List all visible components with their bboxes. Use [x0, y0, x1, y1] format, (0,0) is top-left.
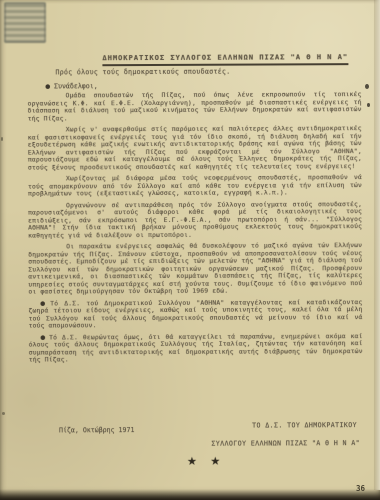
paragraph-7: ●Τό Δ.Σ. θεωρώντας όμως, ότι θά καταγγεί… [29, 333, 363, 364]
scanned-document-page: ΔΗΜΟΚΡΑΤΙΚΟΣ ΣΥΛΛΟΓΟΣ ΕΛΛΗΝΩΝ ΠΙΖΑΣ "Α Θ… [0, 0, 380, 500]
document-content: ΔΗΜΟΚΡΑΤΙΚΟΣ ΣΥΛΛΟΓΟΣ ΕΛΛΗΝΩΝ ΠΙΖΑΣ "Α Θ… [0, 0, 380, 500]
document-title: ΔΗΜΟΚΡΑΤΙΚΟΣ ΣΥΛΛΟΓΟΣ ΕΛΛΗΝΩΝ ΠΙΖΑΣ "Α Θ… [102, 52, 348, 66]
paragraph-7-text: Τό Δ.Σ. θεωρώντας όμως, ότι θά καταγγείλ… [29, 332, 363, 364]
paragraph-4: Οργανώνουν σέ αντιπαράθεση πρός τόν Σύλλ… [28, 201, 362, 240]
date-place-line: Πίζα, Οκτώβρης 1971 [59, 426, 134, 434]
stars-divider: ★ ★ [161, 455, 251, 468]
paragraph-3: Χωρίζοντας μέ διάφορα μέσα τούς νεοφερμέ… [28, 174, 362, 198]
scan-speck [367, 103, 370, 107]
bullet-dot-icon: ● [45, 81, 50, 90]
scan-speck [1, 137, 3, 141]
scan-bottom-edge [0, 489, 380, 500]
salutation-line: ●Συνάδελφοι, [45, 82, 97, 90]
signature-line-1: ΤΟ Δ.Σ. ΤΟΥ ΔΗΜΟΚΡΑΤΙΚΟΥ [252, 421, 357, 429]
scan-speck [365, 84, 369, 89]
paragraph-1: Ομάδα σπουδαστών τής Πίζας, πού όπως λέν… [28, 91, 362, 122]
signature-line-2: ΣΥΛΛΟΓΟΥ ΕΛΛΗΝΩΝ ΠΙΖΑΣ "Α Θ Η Ν Α" [211, 439, 360, 448]
paragraph-6: ●Τό Δ.Σ. τού Δημοκρατικού Συλλόγου "ΑΘΗΝ… [28, 299, 362, 330]
paragraph-2: Χωρίς ν' αναφερθούμε στίς παρόμοιες καί … [28, 125, 362, 171]
paragraph-6-text: Τό Δ.Σ. τού Δημοκρατικού Συλλόγου "ΑΘΗΝΑ… [28, 298, 362, 330]
document-header: ΔΗΜΟΚΡΑΤΙΚΟΣ ΣΥΛΛΟΓΟΣ ΕΛΛΗΝΩΝ ΠΙΖΑΣ "Α Θ… [102, 44, 348, 66]
document-body: Ομάδα σπουδαστών τής Πίζας, πού όπως λέν… [28, 91, 363, 368]
paragraph-5: Οι παρακάτω ενέργειες ασφαλώς θά δυσκολέ… [28, 242, 362, 296]
salutation-text: Συνάδελφοι, [54, 82, 98, 90]
scan-speck [2, 412, 5, 415]
addressee-line: Πρός όλους τούς δημοκρατικούς σπουδαστές… [55, 68, 230, 77]
